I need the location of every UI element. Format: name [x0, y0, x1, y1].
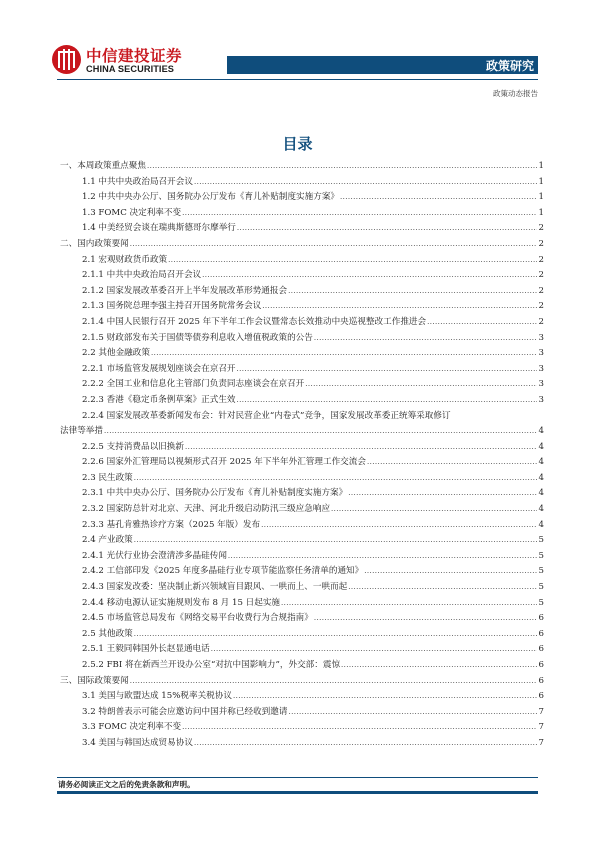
toc-entry-label[interactable]: 2.4.4 移动电源认证实施规则发布 8 月 15 日起实施	[82, 596, 280, 612]
toc-page-number[interactable]: 4	[538, 471, 544, 487]
toc-entry-label[interactable]: 2.1.1 中共中央政治局召开会议	[82, 268, 201, 284]
toc-entry[interactable]: 2.2.5 支持消费品以旧换新4	[60, 440, 544, 456]
toc-entry-label[interactable]: 1.3 FOMC 决定利率不变	[82, 206, 181, 222]
header-divider	[57, 79, 538, 80]
toc-entry-label[interactable]: 2.2 其他金融政策	[82, 346, 150, 362]
dot-leader	[288, 705, 537, 721]
toc-page-number[interactable]: 1	[538, 159, 544, 175]
toc-page-number[interactable]: 4	[538, 424, 544, 440]
toc-page-number[interactable]: 5	[538, 549, 544, 565]
dot-leader	[340, 190, 537, 206]
toc-entry[interactable]: 2.1.1 中共中央政治局召开会议2	[60, 268, 544, 284]
toc-entry-label[interactable]: 1.4 中美经贸会谈在瑞典斯德哥尔摩举行	[82, 221, 236, 237]
dot-leader	[427, 315, 537, 331]
dot-leader	[364, 564, 537, 580]
toc-page-number[interactable]: 6	[538, 689, 544, 705]
dot-leader	[233, 689, 537, 705]
toc-entry[interactable]: 三、国际政策要闻6	[60, 674, 544, 690]
footer-bar	[57, 791, 538, 794]
dot-leader	[314, 331, 537, 347]
toc-entry-label[interactable]: 2.5 其他政策	[82, 627, 133, 643]
toc-entry-label[interactable]: 2.1.2 国家发展改革委召开上半年发展改革形势通报会	[82, 284, 287, 300]
toc-entry[interactable]: 1.2 中共中央办公厅、国务院办公厅发布《育儿补贴制度实施方案》1	[60, 190, 544, 206]
toc-entry[interactable]: 2.2.3 香港《稳定币条例草案》正式生效3	[60, 393, 544, 409]
toc-entry-label[interactable]: 2.1.3 国务院总理李强主持召开国务院常务会议	[82, 299, 261, 315]
toc-page-number[interactable]: 6	[538, 627, 544, 643]
toc-entry-label[interactable]: 2.1 宏观财政货币政策	[82, 253, 167, 269]
toc-entry[interactable]: 2.2.4 国家发展改革委新闻发布会：针对民营企业“内卷式”竞争，国家发展改革委…	[60, 409, 544, 425]
dot-leader	[134, 471, 537, 487]
dot-leader	[211, 642, 537, 658]
report-type-label: 政策动态报告	[493, 88, 538, 99]
toc-entry[interactable]: 2.4 产业政策5	[60, 533, 544, 549]
toc-entry[interactable]: 2.2.2 全国工业和信息化主管部门负责同志座谈会在京召开3	[60, 377, 544, 393]
toc-entry-label[interactable]: 2.4.3 国家发改委：坚决制止新兴领域盲目跟风、一哄而上、一哄而起	[82, 580, 347, 596]
toc-entry-label[interactable]: 2.2.6 国家外汇管理局以视频形式召开 2025 年下半年外汇管理工作交流会	[82, 455, 366, 471]
dot-leader	[237, 362, 537, 378]
toc-entry-label[interactable]: 1.1 中共中央政治局召开会议	[82, 175, 193, 191]
section-banner: 政策研究	[227, 56, 538, 74]
toc-entry[interactable]: 2.1.2 国家发展改革委召开上半年发展改革形势通报会2	[60, 284, 544, 300]
dot-leader	[331, 502, 537, 518]
toc-page-number[interactable]: 1	[538, 190, 544, 206]
toc-entry-label[interactable]: 2.2.5 支持消费品以旧换新	[82, 440, 184, 456]
toc-entry-label[interactable]: 3.2 特朗普表示可能会应邀访问中国并称已经收到邀请	[82, 705, 287, 721]
toc-page-number[interactable]: 4	[538, 440, 544, 456]
toc-entry[interactable]: 2.3.3 基孔肯雅热诊疗方案（2025 年版）发布4	[60, 518, 544, 534]
dot-leader	[185, 440, 537, 456]
company-logo: 中信建投证券 CHINA SECURITIES	[52, 44, 202, 78]
citic-emblem-icon	[52, 45, 81, 74]
toc-entry-label[interactable]: 2.4 产业政策	[82, 533, 133, 549]
toc-entry[interactable]: 3.2 特朗普表示可能会应邀访问中国并称已经收到邀请7	[60, 705, 544, 721]
toc-page-number[interactable]: 7	[538, 736, 544, 752]
toc-entry[interactable]: 2.3.2 国家防总针对北京、天津、河北升级启动防汛三级应急响应4	[60, 502, 544, 518]
toc-entry-label[interactable]: 2.2.3 香港《稳定币条例草案》正式生效	[82, 393, 236, 409]
toc-entry[interactable]: 2.2.1 市场监管发展规划座谈会在京召开3	[60, 362, 544, 378]
toc-page-number[interactable]: 3	[538, 346, 544, 362]
toc-entry-label[interactable]: 二、国内政策要闻	[60, 237, 129, 253]
toc-entry[interactable]: 2.1.4 中国人民银行召开 2025 年下半年工作会议暨常态长效推动中央巡视整…	[60, 315, 544, 331]
toc-entry[interactable]: 2.3 民生政策4	[60, 471, 544, 487]
dot-leader	[130, 237, 537, 253]
dot-leader	[261, 518, 537, 534]
toc-entry[interactable]: 2.5.1 王毅同韩国外长赵显通电话6	[60, 642, 544, 658]
toc-entry-label[interactable]: 2.2.2 全国工业和信息化主管部门负责同志座谈会在京召开	[82, 377, 304, 393]
toc-entry-label[interactable]: 2.5.1 王毅同韩国外长赵显通电话	[82, 642, 210, 658]
toc-page-number[interactable]: 7	[538, 705, 544, 721]
toc-entry-label[interactable]: 3.1 美国与欧盟达成 15%税率关税协议	[82, 689, 232, 705]
toc-entry-label[interactable]: 三、国际政策要闻	[60, 674, 129, 690]
toc-title: 目录	[0, 133, 595, 154]
toc-page-number[interactable]: 2	[538, 284, 544, 300]
toc-entry-label[interactable]: 2.5.2 FBI 将在新西兰开设办公室“对抗中国影响力”，外交部：震惊	[82, 658, 340, 674]
toc-page-number[interactable]: 2	[538, 299, 544, 315]
toc-entry-label[interactable]: 2.3.3 基孔肯雅热诊疗方案（2025 年版）发布	[82, 518, 260, 534]
table-of-contents: 一、本周政策重点聚焦11.1 中共中央政治局召开会议11.2 中共中央办公厅、国…	[60, 159, 544, 752]
dot-leader	[104, 424, 537, 440]
toc-entry-label[interactable]: 法律等举措	[60, 424, 103, 440]
toc-page-number[interactable]: 3	[538, 393, 544, 409]
toc-entry[interactable]: 2.5.2 FBI 将在新西兰开设办公室“对抗中国影响力”，外交部：震惊6	[60, 658, 544, 674]
dot-leader	[237, 393, 537, 409]
toc-page-number[interactable]: 2	[538, 237, 544, 253]
dot-leader	[168, 253, 537, 269]
toc-entry-label[interactable]: 2.2.1 市场监管发展规划座谈会在京召开	[82, 362, 236, 378]
dot-leader	[262, 299, 537, 315]
toc-entry-label[interactable]: 2.4.1 光伏行业协会澄清涉多晶硅传闻	[82, 549, 227, 565]
toc-page-number[interactable]: 6	[538, 642, 544, 658]
toc-entry-label[interactable]: 2.3.1 中共中央办公厅、国务院办公厅发布《育儿补贴制度实施方案》	[82, 486, 347, 502]
toc-entry[interactable]: 1.3 FOMC 决定利率不变1	[60, 206, 544, 222]
toc-entry[interactable]: 2.2 其他金融政策3	[60, 346, 544, 362]
toc-entry[interactable]: 2.2.6 国家外汇管理局以视频形式召开 2025 年下半年外汇管理工作交流会4	[60, 455, 544, 471]
dot-leader	[314, 611, 537, 627]
dot-leader	[194, 175, 537, 191]
toc-entry[interactable]: 二、国内政策要闻2	[60, 237, 544, 253]
toc-page-number[interactable]: 4	[538, 518, 544, 534]
dot-leader	[134, 627, 537, 643]
toc-page-number[interactable]: 1	[538, 175, 544, 191]
dot-leader	[147, 159, 537, 175]
toc-page-number[interactable]: 5	[538, 564, 544, 580]
toc-entry-label[interactable]: 2.1.5 财政部发布关于国债等债券利息收入增值税政策的公告	[82, 331, 313, 347]
toc-entry[interactable]: 2.4.3 国家发改委：坚决制止新兴领域盲目跟风、一哄而上、一哄而起5	[60, 580, 544, 596]
toc-page-number[interactable]: 2	[538, 253, 544, 269]
dot-leader	[228, 549, 537, 565]
toc-entry[interactable]: 2.4.1 光伏行业协会澄清涉多晶硅传闻5	[60, 549, 544, 565]
dot-leader	[182, 206, 537, 222]
toc-page-number[interactable]: 2	[538, 268, 544, 284]
toc-page-number[interactable]: 5	[538, 533, 544, 549]
toc-entry[interactable]: 一、本周政策重点聚焦1	[60, 159, 544, 175]
toc-entry[interactable]: 2.3.1 中共中央办公厅、国务院办公厅发布《育儿补贴制度实施方案》4	[60, 486, 544, 502]
dot-leader	[305, 377, 537, 393]
dot-leader	[281, 596, 537, 612]
toc-entry-continuation[interactable]: 法律等举措4	[60, 424, 544, 440]
toc-entry-label[interactable]: 一、本周政策重点聚焦	[60, 159, 146, 175]
disclaimer-text: 请务必阅读正文之后的免责条款和声明。	[58, 779, 195, 790]
dot-leader	[130, 674, 537, 690]
toc-page-number[interactable]: 7	[538, 720, 544, 736]
toc-page-number[interactable]: 6	[538, 674, 544, 690]
toc-entry[interactable]: 2.1.5 财政部发布关于国债等债券利息收入增值税政策的公告3	[60, 331, 544, 347]
toc-entry-label[interactable]: 2.2.4 国家发展改革委新闻发布会：针对民营企业“内卷式”竞争，国家发展改革委…	[82, 409, 451, 425]
toc-page-number[interactable]: 1	[538, 206, 544, 222]
toc-entry[interactable]: 1.4 中美经贸会谈在瑞典斯德哥尔摩举行2	[60, 221, 544, 237]
toc-page-number[interactable]: 4	[538, 486, 544, 502]
toc-entry-label[interactable]: 2.3 民生政策	[82, 471, 133, 487]
toc-entry[interactable]: 2.5 其他政策6	[60, 627, 544, 643]
dot-leader	[134, 533, 537, 549]
dot-leader	[202, 268, 537, 284]
dot-leader	[348, 486, 537, 502]
toc-entry[interactable]: 2.1.3 国务院总理李强主持召开国务院常务会议2	[60, 299, 544, 315]
toc-page-number[interactable]: 3	[538, 331, 544, 347]
dot-leader	[367, 455, 537, 471]
dot-leader	[341, 658, 537, 674]
dot-leader	[288, 284, 537, 300]
toc-entry[interactable]: 3.3 FOMC 决定利率不变7	[60, 720, 544, 736]
toc-page-number[interactable]: 4	[538, 455, 544, 471]
toc-entry-label[interactable]: 2.4.2 工信部印发《2025 年度多晶硅行业专项节能监察任务清单的通知》	[82, 564, 363, 580]
logo-chinese-name: 中信建投证券	[86, 44, 182, 66]
toc-entry-label[interactable]: 2.3.2 国家防总针对北京、天津、河北升级启动防汛三级应急响应	[82, 502, 330, 518]
toc-entry-label[interactable]: 2.4.5 市场监管总局发布《网络交易平台收费行为合规指南》	[82, 611, 313, 627]
toc-page-number[interactable]: 3	[538, 377, 544, 393]
toc-entry[interactable]: 2.4.5 市场监管总局发布《网络交易平台收费行为合规指南》6	[60, 611, 544, 627]
toc-entry[interactable]: 3.4 美国与韩国达成贸易协议7	[60, 736, 544, 752]
section-label: 政策研究	[486, 57, 534, 74]
toc-page-number[interactable]: 2	[538, 315, 544, 331]
toc-entry[interactable]: 2.4.2 工信部印发《2025 年度多晶硅行业专项节能监察任务清单的通知》5	[60, 564, 544, 580]
toc-page-number[interactable]: 6	[538, 658, 544, 674]
logo-english-name: CHINA SECURITIES	[86, 64, 174, 74]
dot-leader	[151, 346, 537, 362]
footer-divider	[57, 777, 538, 778]
toc-page-number[interactable]: 4	[538, 502, 544, 518]
dot-leader	[237, 221, 537, 237]
toc-page-number[interactable]: 5	[538, 596, 544, 612]
toc-entry-label[interactable]: 3.4 美国与韩国达成贸易协议	[82, 736, 193, 752]
toc-entry[interactable]: 2.4.4 移动电源认证实施规则发布 8 月 15 日起实施5	[60, 596, 544, 612]
dot-leader	[348, 580, 537, 596]
toc-page-number[interactable]: 5	[538, 580, 544, 596]
toc-entry[interactable]: 1.1 中共中央政治局召开会议1	[60, 175, 544, 191]
toc-page-number[interactable]: 3	[538, 362, 544, 378]
toc-entry-label[interactable]: 1.2 中共中央办公厅、国务院办公厅发布《育儿补贴制度实施方案》	[82, 190, 339, 206]
dot-leader	[182, 720, 537, 736]
toc-page-number[interactable]: 2	[538, 221, 544, 237]
toc-entry[interactable]: 2.1 宏观财政货币政策2	[60, 253, 544, 269]
dot-leader	[194, 736, 537, 752]
toc-entry[interactable]: 3.1 美国与欧盟达成 15%税率关税协议6	[60, 689, 544, 705]
toc-entry-label[interactable]: 2.1.4 中国人民银行召开 2025 年下半年工作会议暨常态长效推动中央巡视整…	[82, 315, 426, 331]
toc-page-number[interactable]: 6	[538, 611, 544, 627]
toc-entry-label[interactable]: 3.3 FOMC 决定利率不变	[82, 720, 181, 736]
